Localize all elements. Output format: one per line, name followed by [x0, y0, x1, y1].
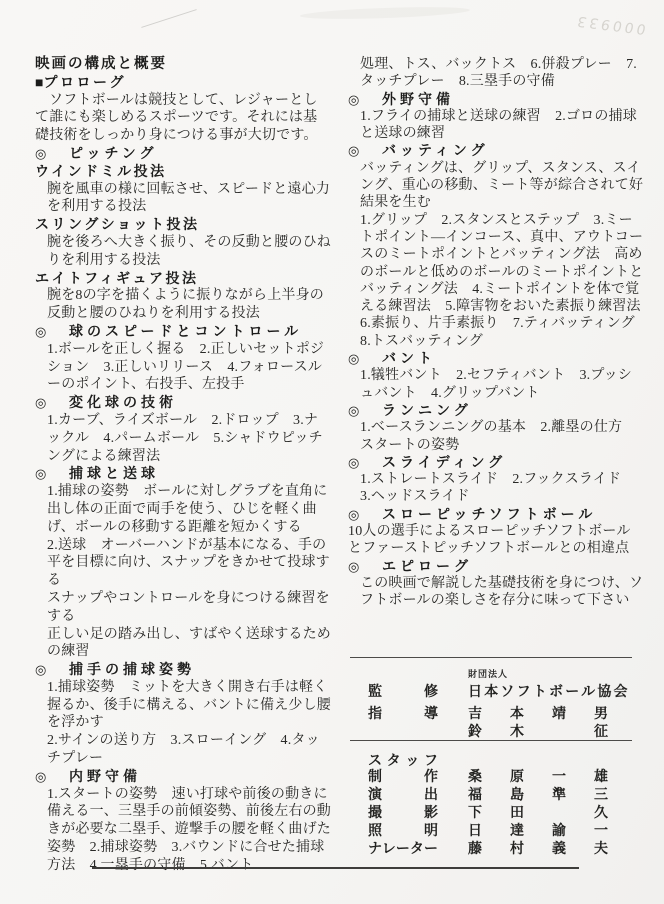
- subheading-eight-figure: エイトフィギュア投法: [35, 270, 331, 288]
- section-marker: ◎: [348, 454, 362, 471]
- body-text: 2.サインの送り方 3.スローイング 4.タッチプレー: [35, 732, 331, 768]
- credit-name-char: 藤: [454, 838, 496, 858]
- credit-row-instruction-2: 鈴木征: [348, 721, 645, 739]
- section-heading-pitching: ◎ピッチング: [35, 145, 331, 163]
- section-heading-infield: ◎内野守備: [35, 768, 331, 786]
- body-text: 10人の選手によるスローピッチソフトボールとファーストピッチソフトボールとの相違…: [348, 523, 644, 558]
- credit-name: 吉本靖男: [454, 703, 622, 723]
- credit-row-instruction: 指導 吉本靖男: [348, 703, 645, 721]
- credit-name-char: 木: [496, 721, 538, 741]
- credit-name: 下田久: [454, 802, 622, 822]
- credit-row-lighting: 照明 日達諭一: [348, 820, 645, 838]
- body-text: スナップやコントロールを身につける練習をする: [35, 590, 331, 626]
- section-heading-sliding: ◎スライディング: [348, 454, 644, 471]
- section-title: 球のスピードとコントロール: [69, 323, 302, 341]
- body-text: 1.捕球姿勢 ミットを大きく開き右手は軽く握るか、後手に構える、バントに備え少し…: [35, 679, 331, 732]
- section-heading-bunt: ◎バント: [348, 350, 644, 367]
- scan-smudge: [300, 5, 470, 21]
- section-title: バント: [382, 350, 436, 367]
- section-title: 捕球と送球: [69, 465, 159, 483]
- section-title: エピローグ: [382, 558, 472, 575]
- section-marker: ◎: [348, 558, 362, 575]
- credit-name-char: 吉: [454, 703, 496, 723]
- section-marker: ◎: [35, 323, 49, 341]
- section-heading-epilogue: ◎エピローグ: [348, 558, 644, 575]
- section-marker: ◎: [348, 506, 362, 523]
- section-marker: ◎: [35, 394, 49, 412]
- credit-name: 日達諭一: [454, 820, 622, 840]
- credit-label: 指導: [368, 703, 438, 723]
- credit-name: 鈴木征: [454, 721, 622, 741]
- section-marker: ◎: [348, 142, 362, 159]
- credit-name-char: 一: [580, 820, 622, 840]
- body-text: この映画で解説した基礎技術を身につけ、ソフトボールの楽しさを存分に味って下さい: [348, 575, 644, 610]
- scanned-document-page: 000933 映画の構成と概要 ■プロローグ ソフトボールは競技として、レジャー…: [0, 0, 664, 904]
- section-marker: ◎: [348, 350, 362, 367]
- section-heading-running: ◎ランニング: [348, 402, 644, 419]
- credit-row-narrator: ナレーター 藤村義夫: [348, 838, 645, 856]
- section-title: 外野守備: [382, 91, 454, 108]
- section-title: バッティング: [382, 142, 489, 159]
- section-heading-batting: ◎バッティング: [348, 142, 644, 159]
- body-text: 1.フライの捕球と送球の練習 2.ゴロの捕球と送球の練習: [348, 108, 644, 143]
- credit-name-char: 村: [496, 838, 538, 858]
- credit-row-direction: 演出 福島準三: [348, 784, 645, 802]
- credit-name-char: [538, 802, 580, 822]
- credit-name-char: 下: [454, 802, 496, 822]
- prologue-paragraph: ソフトボールは競技として、レジャーとして誰にも楽しめるスポーツです。それには基礎…: [35, 92, 331, 145]
- footer-divider: [92, 867, 579, 869]
- section-marker: ◎: [35, 768, 49, 786]
- body-text: 1.カーブ、ライズボール 2.ドロップ 3.ナックル 4.パームボール 5.シャ…: [35, 412, 331, 465]
- right-column: 処理、トス、バックトス 6.併殺プレー 7.タッチプレー 8.三塁手の守備 ◎外…: [348, 56, 644, 610]
- credit-name-char: 三: [580, 784, 622, 804]
- section-marker: ◎: [348, 402, 362, 419]
- credit-name-char: 征: [580, 721, 622, 741]
- body-text: 腕を8の字を描くように振りながら上半身の反動と腰のひねりを利用する投法: [35, 287, 331, 323]
- credits-divider-top: [350, 657, 632, 658]
- credit-row-production: 制作 桑原一雄: [348, 766, 645, 784]
- credit-name-char: 原: [496, 766, 538, 786]
- credit-label: 制作: [368, 766, 438, 786]
- subheading-prologue: ■プロローグ: [35, 74, 331, 92]
- body-text: 正しい足の踏み出し、すばやく送球するための練習: [35, 626, 331, 662]
- credit-name-char: 本: [496, 703, 538, 723]
- org-name: 日本ソフトボール協会: [468, 681, 630, 701]
- credit-name: 福島準三: [454, 784, 622, 804]
- section-marker: ◎: [35, 465, 49, 483]
- section-heading-breaking-ball: ◎変化球の技術: [35, 394, 331, 412]
- credit-name-char: 島: [496, 784, 538, 804]
- credit-name-char: 義: [538, 838, 580, 858]
- credit-name: 藤村義夫: [454, 838, 622, 858]
- credit-name-char: 鈴: [454, 721, 496, 741]
- section-heading-catch-throw: ◎捕球と送球: [35, 465, 331, 483]
- subheading-windmill: ウインドミル投法: [35, 163, 331, 181]
- section-heading-catcher: ◎捕手の捕球姿勢: [35, 661, 331, 679]
- body-text: 2.送球 オーバーハンドが基本になる、手の平を目標に向け、スナップをきかせて投球…: [35, 537, 331, 590]
- body-text: 1.グリップ 2.スタンスとステップ 3.ミートポイント―インコース、真中、アウ…: [348, 212, 644, 350]
- body-text: 1.犠牲バント 2.セフティバント 3.プッシュバント 4.グリップバント: [348, 367, 644, 402]
- body-text-continued: 処理、トス、バックトス 6.併殺プレー 7.タッチプレー 8.三塁手の守備: [348, 56, 644, 91]
- section-marker: ◎: [35, 661, 49, 679]
- credits-divider-middle: [350, 740, 632, 741]
- credit-name-char: 久: [580, 802, 622, 822]
- org-small-label: 財団法人: [468, 667, 508, 680]
- scan-crease-mark: [141, 9, 196, 28]
- section-title: 内野守備: [69, 768, 141, 786]
- credit-name-char: 靖: [538, 703, 580, 723]
- section-marker: ◎: [35, 145, 49, 163]
- subheading-slingshot: スリングショット投法: [35, 216, 331, 234]
- credit-name-char: 夫: [580, 838, 622, 858]
- subheading-label: プロローグ: [43, 74, 126, 90]
- section-title: スライディング: [382, 454, 506, 471]
- credit-name-char: [538, 721, 580, 741]
- section-title: ピッチング: [69, 145, 157, 163]
- section-heading-speed-control: ◎球のスピードとコントロール: [35, 323, 331, 341]
- credit-name-char: 田: [496, 802, 538, 822]
- credit-label: 監修: [368, 681, 438, 701]
- credits-section: 財団法人 監修 日本ソフトボール協会 指導 吉本靖男 鈴木征 スタッフ 制作 桑…: [348, 657, 645, 869]
- body-text: 腕を後ろへ大きく振り、その反動と腰のひねりを利用する投法: [35, 234, 331, 270]
- body-text: 1.ボールを正しく握る 2.正しいセットポジション 3.正しいリリース 4.フォ…: [35, 341, 331, 394]
- body-text: 1.ストレートスライド 2.フックスライド 3.ヘッドスライド: [348, 471, 644, 506]
- credit-name-char: 福: [454, 784, 496, 804]
- body-text: 腕を風車の様に回転させ、スピードと遠心力を利用する投法: [35, 181, 331, 217]
- body-text: 1.捕球の姿勢 ボールに対しグラブを直角に出し体の正面で両手を使う、ひじを軽く曲…: [35, 483, 331, 536]
- body-text: 1.ベースランニングの基本 2.離塁の仕方 スタートの姿勢: [348, 419, 644, 454]
- section-heading-outfield: ◎外野守備: [348, 91, 644, 108]
- document-title: 映画の構成と概要: [35, 56, 331, 74]
- credit-name-char: 諭: [538, 820, 580, 840]
- credit-label: 照明: [368, 820, 438, 840]
- credit-name: 桑原一雄: [454, 766, 622, 786]
- credit-name-char: 準: [538, 784, 580, 804]
- credit-row-camera: 撮影 下田久: [348, 802, 645, 820]
- section-title: ランニング: [382, 402, 472, 419]
- credit-label: 撮影: [368, 802, 438, 822]
- credit-name-char: 男: [580, 703, 622, 723]
- credit-label: ナレーター: [368, 838, 438, 858]
- left-column: 映画の構成と概要 ■プロローグ ソフトボールは競技として、レジャーとして誰にも楽…: [35, 56, 331, 875]
- section-heading-slowpitch: ◎スローピッチソフトボール: [348, 506, 644, 523]
- credit-name-char: 日: [454, 820, 496, 840]
- credit-name-char: 一: [538, 766, 580, 786]
- section-title: 変化球の技術: [69, 394, 177, 412]
- credit-name-char: 雄: [580, 766, 622, 786]
- credit-label: 演出: [368, 784, 438, 804]
- handwritten-number: 000933: [564, 11, 647, 36]
- body-text: バッティングは、グリップ、スタンス、スイング、重心の移動、ミート等が綜合されて好…: [348, 160, 644, 212]
- credit-name-char: 桑: [454, 766, 496, 786]
- credit-row-supervision: 監修 日本ソフトボール協会: [348, 681, 645, 699]
- body-text: 1.スタートの姿勢 速い打球や前後の動きに備える一、三塁手の前傾姿勢、前後左右の…: [35, 786, 331, 875]
- credit-name-char: 達: [496, 820, 538, 840]
- section-title: スローピッチソフトボール: [382, 506, 596, 523]
- section-title: 捕手の捕球姿勢: [69, 661, 195, 679]
- section-marker: ◎: [348, 91, 362, 108]
